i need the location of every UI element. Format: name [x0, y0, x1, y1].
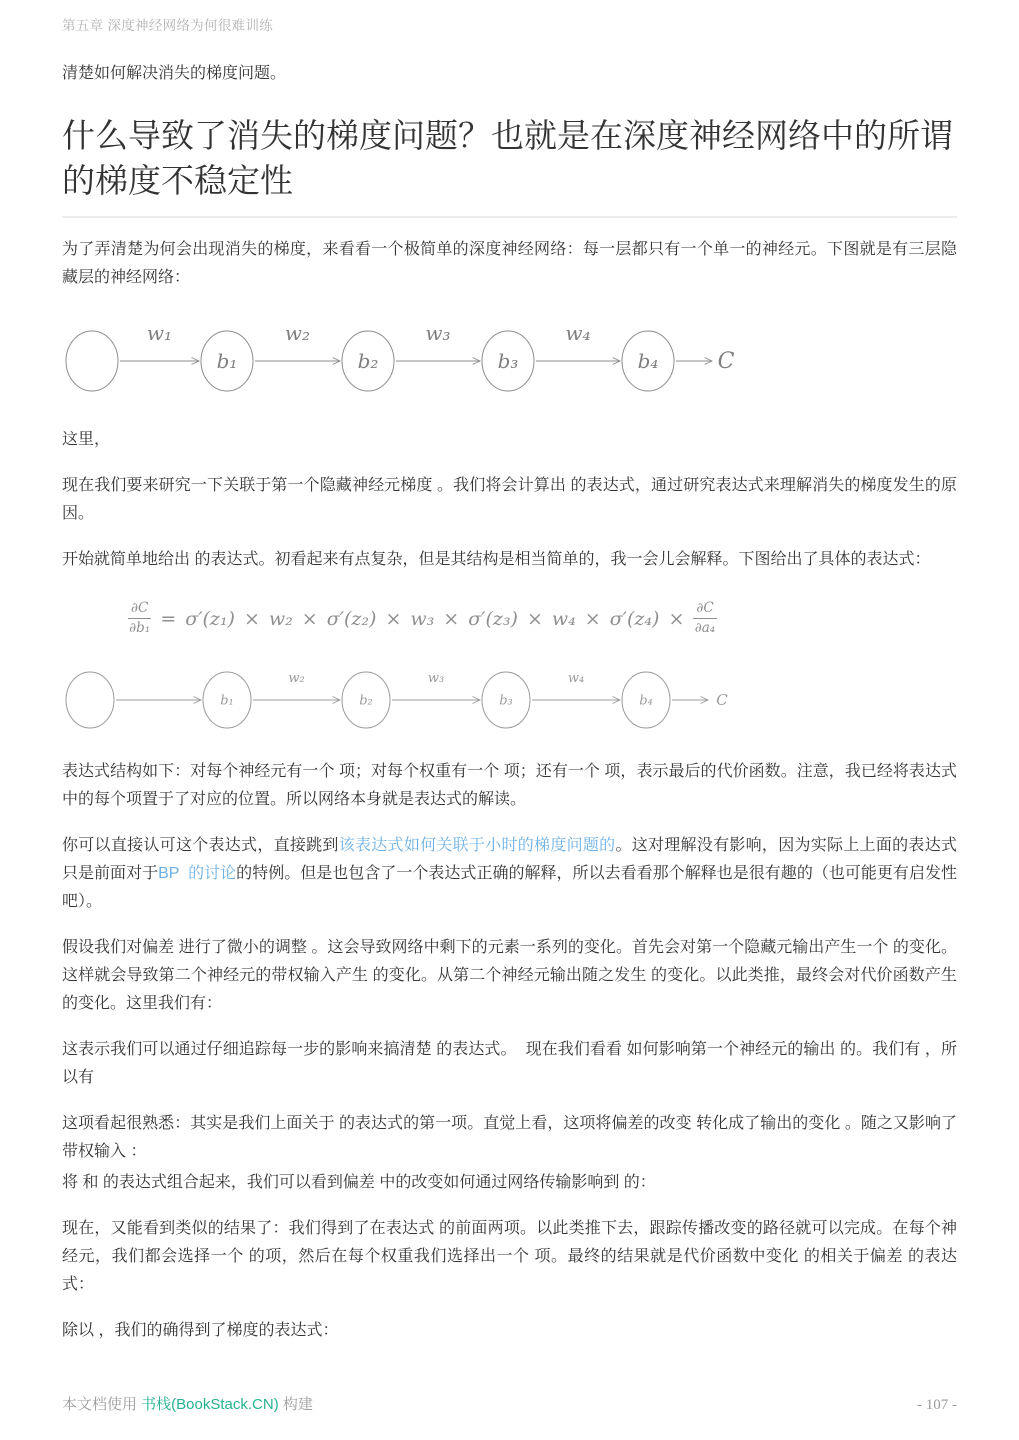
network-diagram-bottom: b₁w₂b₂w₃b₃w₄b₄C — [62, 660, 822, 740]
formula-term: σ′(z₄) — [610, 608, 660, 630]
text-segment: 表达式结构如下：对每个神经元有一个 项；对每个权重有一个 项；还有一个 项，表示… — [62, 763, 957, 808]
formula-term: × — [302, 608, 318, 630]
formula-term: × — [668, 608, 684, 630]
formula-term: × — [244, 608, 260, 630]
text-segment: 现在，又能看到类似的结果了：我们得到了在表达式 的前面两项。以此类推下去，跟踪传… — [62, 1220, 957, 1293]
text-segment: 除以 ，我们的确得到了梯度的表达式： — [62, 1322, 338, 1339]
formula-term: σ′(z₂) — [327, 608, 377, 630]
fraction: ∂C∂a₄ — [693, 600, 716, 638]
fragment-paragraph: 清楚如何解决消失的梯度问题。 — [62, 60, 957, 88]
paragraph-here: 这里， — [62, 426, 957, 454]
text-segment: 这表示我们可以通过仔细追踪每一步的影响来搞清楚 的表达式。 现在我们看看 如何影… — [62, 1041, 957, 1086]
input-neuron-node — [66, 672, 114, 728]
weight-label: w₂ — [288, 671, 304, 686]
text-segment: 将 和 的表达式组合起来，我们可以看到偏差 中的改变如何通过网络传输影响到 的： — [62, 1174, 656, 1191]
page-number: - 107 - — [917, 1397, 957, 1414]
text-segment: 这里， — [62, 431, 110, 448]
cost-label: C — [718, 349, 735, 374]
formula-term: × — [443, 608, 459, 630]
neuron-label: b₃ — [498, 349, 519, 373]
network-diagram-top: w₁b₁w₂b₂w₃b₃w₄b₄C — [62, 314, 822, 408]
paragraph-study-gradient: 现在我们要来研究一下关联于第一个隐藏神经元梯度 。我们将会计算出 的表达式，通过… — [62, 472, 957, 528]
weight-label: w₄ — [565, 321, 590, 345]
paragraph-give-expression: 开始就简单地给出 的表达式。初看起来有点复杂，但是其结构是相当简单的，我一会儿会… — [62, 546, 957, 574]
paragraph-combine: 将 和 的表达式组合起来，我们可以看到偏差 中的改变如何通过网络传输影响到 的： — [62, 1169, 957, 1197]
neuron-label: b₁ — [220, 693, 234, 708]
formula-term: × — [385, 608, 401, 630]
paragraph-bias-adjust: 假设我们对偏差 进行了微小的调整 。这会导致网络中剩下的元素一系列的变化。首先会… — [62, 934, 957, 1018]
formula-term: w₃ — [410, 608, 434, 630]
bookstack-link[interactable]: 书栈(BookStack.CN) — [141, 1396, 279, 1413]
text-segment: 为了弄清楚为何会出现消失的梯度，来看看一个极简单的深度神经网络：每一层都只有一个… — [62, 241, 957, 286]
footer-build-note: 本文档使用 书栈(BookStack.CN) 构建 — [62, 1393, 313, 1414]
formula-term: σ′(z₁) — [185, 608, 235, 630]
paragraph-divide: 除以 ，我们的确得到了梯度的表达式： — [62, 1317, 957, 1345]
document-content: 清楚如何解决消失的梯度问题。什么导致了消失的梯度问题？也就是在深度神经网络中的所… — [62, 34, 957, 1345]
weight-label: w₄ — [568, 671, 584, 686]
section-heading: 什么导致了消失的梯度问题？也就是在深度神经网络中的所谓的梯度不稳定性 — [62, 114, 957, 218]
text-segment: 清楚如何解决消失的梯度问题。 — [62, 65, 286, 82]
weight-label: w₃ — [428, 671, 444, 686]
neuron-label: b₁ — [217, 349, 238, 373]
text-segment: 你可以直接认可这个表达式，直接跳到 — [62, 837, 339, 854]
input-neuron-node — [66, 331, 118, 391]
text-segment: 假设我们对偏差 进行了微小的调整 。这会导致网络中剩下的元素一系列的变化。首先会… — [62, 939, 961, 1012]
neuron-label: b₂ — [359, 693, 373, 708]
weight-label: w₃ — [425, 321, 450, 345]
neuron-label: b₄ — [638, 349, 659, 373]
cost-label: C — [716, 691, 728, 709]
fraction: ∂C∂b₁ — [128, 600, 151, 638]
paragraph-accept-expression: 你可以直接认可这个表达式，直接跳到该表达式如何关联于小时的梯度问题的。这对理解没… — [62, 832, 957, 916]
inline-link[interactable]: 该表达式如何关联于小时的梯度问题的 — [339, 837, 616, 854]
formula-term: = — [160, 608, 176, 630]
chapter-header: 第五章 深度神经网络为何很难训练 — [62, 14, 957, 34]
paragraph-similar-result: 现在，又能看到类似的结果了：我们得到了在表达式 的前面两项。以此类推下去，跟踪传… — [62, 1215, 957, 1299]
weight-label: w₁ — [147, 321, 172, 345]
neuron-label: b₃ — [499, 693, 513, 708]
inline-link[interactable]: BP 的讨论 — [158, 865, 236, 882]
footer-prefix: 本文档使用 — [62, 1396, 141, 1413]
gradient-formula: ∂C∂b₁=σ′(z₁)×w₂×σ′(z₂)×w₃×σ′(z₃)×w₄×σ′(z… — [128, 600, 957, 638]
weight-label: w₂ — [285, 321, 310, 345]
paragraph-intro: 为了弄清楚为何会出现消失的梯度，来看看一个极简单的深度神经网络：每一层都只有一个… — [62, 236, 957, 292]
paragraph-structure: 表达式结构如下：对每个神经元有一个 项；对每个权重有一个 项；还有一个 项，表示… — [62, 758, 957, 814]
formula-term: × — [527, 608, 543, 630]
paragraph-trace-steps: 这表示我们可以通过仔细追踪每一步的影响来搞清楚 的表达式。 现在我们看看 如何影… — [62, 1036, 957, 1092]
paragraph-familiar-term: 这项看起很熟悉：其实是我们上面关于 的表达式的第一项。直觉上看，这项将偏差的改变… — [62, 1110, 957, 1166]
text-segment: 这项看起很熟悉：其实是我们上面关于 的表达式的第一项。直觉上看，这项将偏差的改变… — [62, 1115, 957, 1160]
formula-term: w₄ — [552, 608, 576, 630]
text-segment: 现在我们要来研究一下关联于第一个隐藏神经元梯度 。我们将会计算出 的表达式，通过… — [62, 477, 957, 522]
neuron-label: b₂ — [358, 349, 379, 373]
page-footer: 本文档使用 书栈(BookStack.CN) 构建 - 107 - — [62, 1375, 957, 1414]
formula-term: × — [585, 608, 601, 630]
text-segment: 开始就简单地给出 的表达式。初看起来有点复杂，但是其结构是相当简单的，我一会儿会… — [62, 551, 930, 568]
footer-suffix: 构建 — [279, 1396, 313, 1413]
formula-term: w₂ — [269, 608, 293, 630]
formula-term: σ′(z₃) — [468, 608, 518, 630]
neuron-label: b₄ — [639, 693, 653, 708]
